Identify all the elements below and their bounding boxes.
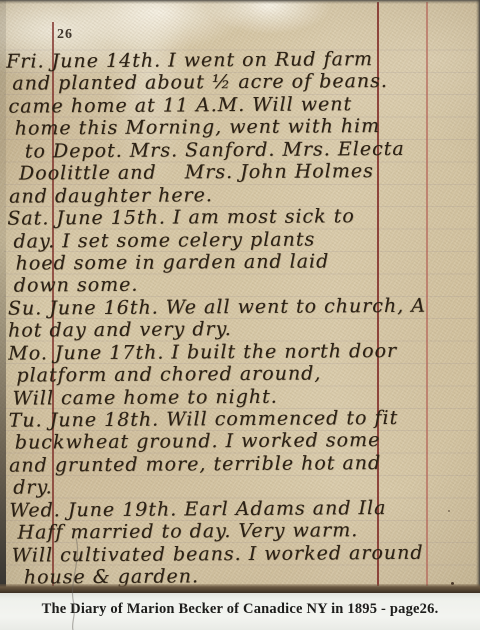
- manuscript-line: hoed some in garden and laid: [16, 249, 476, 275]
- caption-text: The Diary of Marion Becker of Canadice N…: [0, 593, 480, 618]
- manuscript-line: to Depot. Mrs. Sanford. Mrs. Electa: [25, 137, 475, 163]
- paper-sheet: 26 Fri. June 14th. I went on Rud farm an…: [0, 0, 480, 593]
- manuscript-line: Su. June 16th. We all went to church, A: [8, 294, 476, 320]
- manuscript-line: hot day and very dry.: [8, 317, 476, 343]
- manuscript-line: home this Morning, went with him: [15, 115, 475, 141]
- manuscript-line: Sat. June 15th. I am most sick to: [7, 204, 475, 230]
- manuscript-line: Will came home to night.: [12, 384, 476, 410]
- manuscript-line: Tu. June 18th. Will commenced to fit: [9, 406, 477, 432]
- manuscript-line: Doolittle and Mrs. John Holmes: [19, 160, 475, 186]
- manuscript-line: buckwheat ground. I worked some: [15, 429, 477, 455]
- manuscript-line: and grunted more, terrible hot and: [9, 451, 477, 477]
- manuscript-line: Haff married to day. Very warm.: [17, 519, 477, 545]
- manuscript-line: and daughter here.: [9, 182, 475, 208]
- scan-edge-top: [0, 0, 480, 4]
- manuscript-line: Wed. June 19th. Earl Adams and Ila: [9, 496, 477, 522]
- diary-page-scan: 26 Fri. June 14th. I went on Rud farm an…: [0, 0, 480, 630]
- manuscript-line: day. I set some celery plants: [13, 227, 475, 253]
- manuscript-line: platform and chored around,: [16, 361, 476, 387]
- manuscript-line: Will cultivated beans. I worked around: [12, 541, 478, 567]
- page-number: 26: [57, 27, 73, 43]
- manuscript-line: Fri. June 14th. I went on Rud farm: [6, 47, 474, 73]
- manuscript-line: down some.: [14, 272, 476, 298]
- manuscript-line: house & garden.: [24, 563, 478, 589]
- manuscript-line: came home at 11 A.M. Will went: [8, 92, 474, 118]
- manuscript-line: Mo. June 17th. I built the north door: [8, 339, 476, 365]
- ink-speck: [451, 582, 454, 585]
- caption-band: The Diary of Marion Becker of Canadice N…: [0, 593, 480, 630]
- ink-speck: [448, 510, 450, 512]
- manuscript-text: Fri. June 14th. I went on Rud farm and p…: [4, 47, 478, 589]
- manuscript-line: dry.: [13, 474, 477, 500]
- manuscript-line: and planted about ½ acre of beans.: [12, 70, 474, 96]
